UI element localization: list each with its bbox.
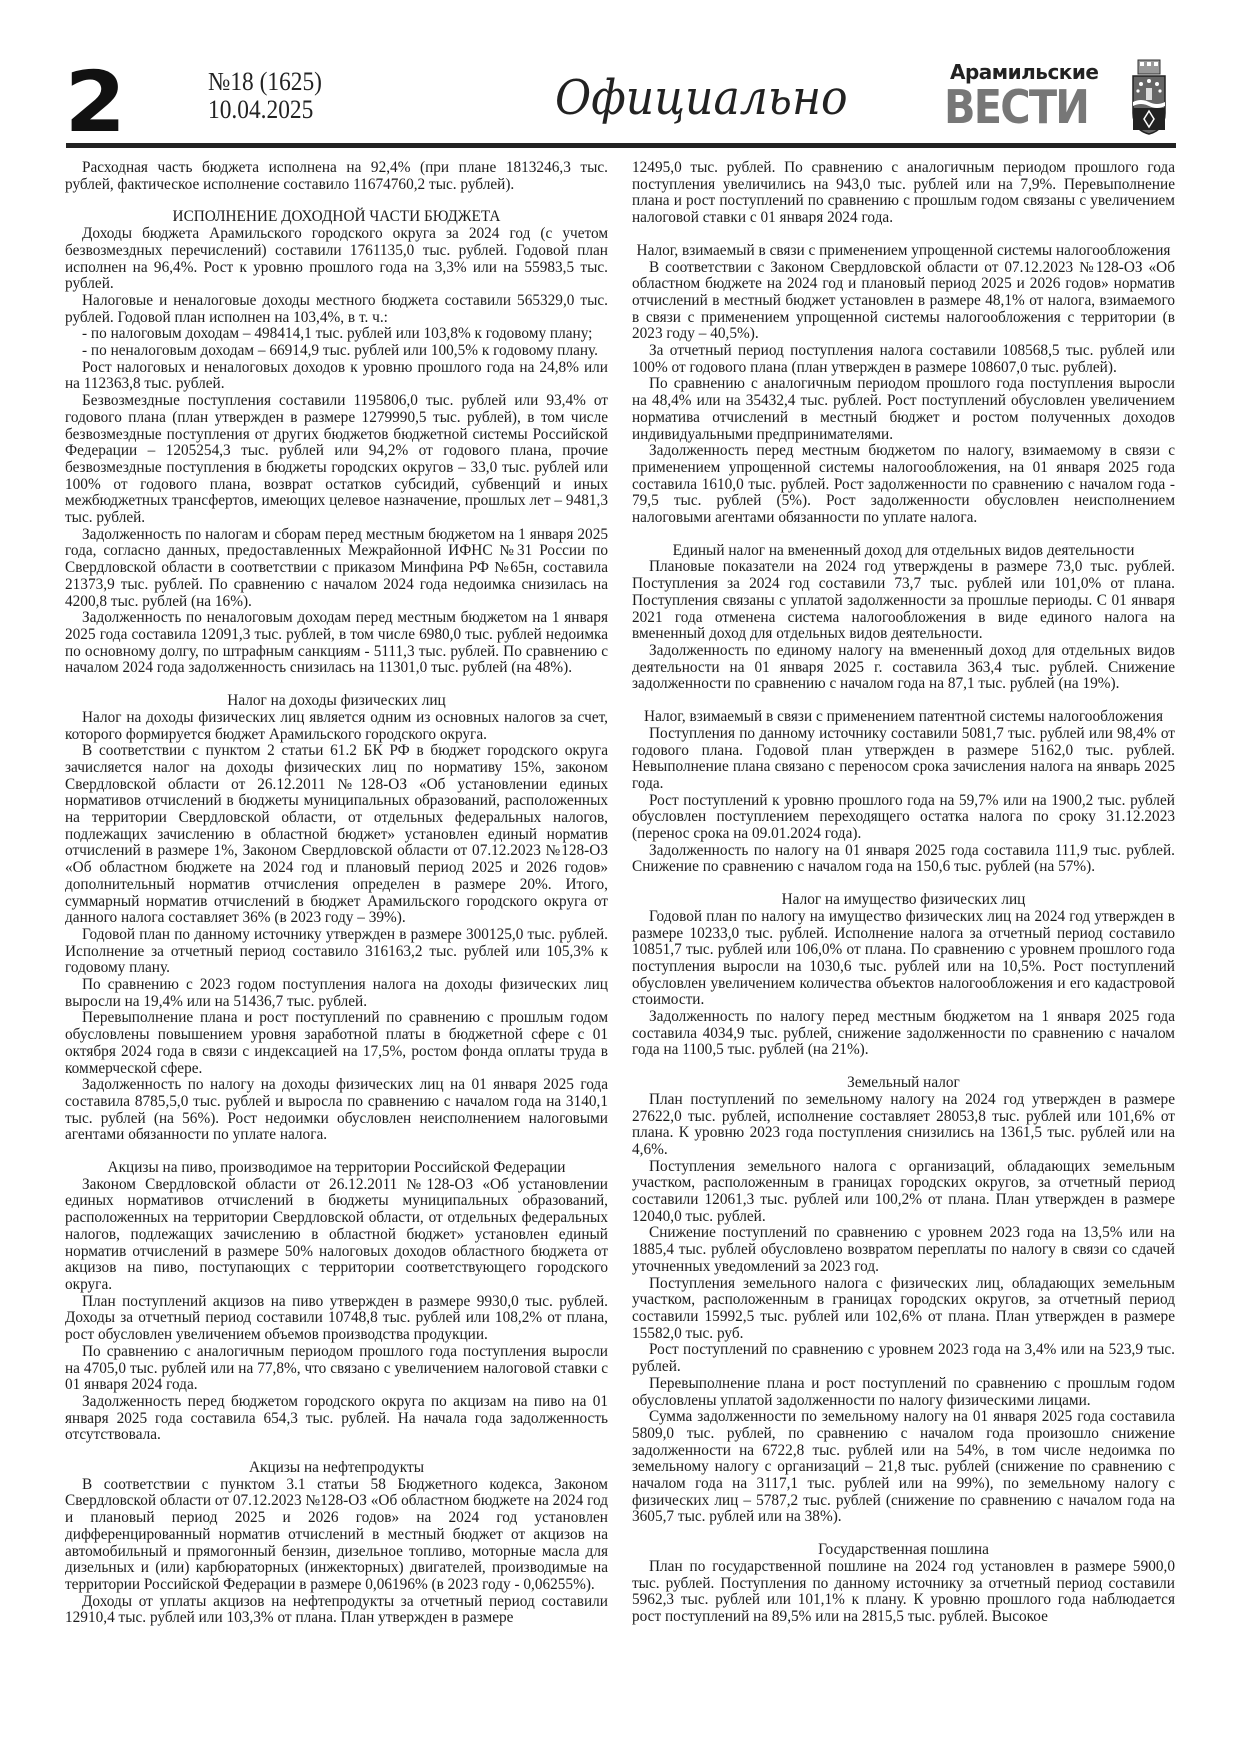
paragraph: Безвозмездные поступления составили 1195… xyxy=(65,393,608,527)
paragraph: Рост поступлений по сравнению с уровнем … xyxy=(632,1342,1175,1375)
newspaper-logo: Арамильские ВЕСТИ xyxy=(940,58,1110,138)
section-heading: Акцизы на нефтепродукты xyxy=(65,1460,608,1477)
header-divider xyxy=(66,143,1176,148)
paragraph: Поступления по данному источнику состави… xyxy=(632,726,1175,793)
section-heading: Налог на имущество физических лиц xyxy=(632,892,1175,909)
paragraph: В соответствии с пунктом 2 статьи 61.2 Б… xyxy=(65,743,608,927)
paragraph: Задолженность по налогу на 01 января 202… xyxy=(632,843,1175,876)
issue-date: 10.04.2025 xyxy=(208,96,322,124)
logo-big-text: ВЕСТИ xyxy=(944,80,1088,134)
section-heading: Налог на доходы физических лиц xyxy=(65,693,608,710)
paragraph: Задолженность по неналоговым доходам пер… xyxy=(65,610,608,677)
section-title: Официально xyxy=(555,68,848,128)
paragraph: Задолженность по налогам и сборам перед … xyxy=(65,527,608,611)
paragraph: Рост налоговых и неналоговых доходов к у… xyxy=(65,360,608,393)
paragraph: Расходная часть бюджета исполнена на 92,… xyxy=(65,160,608,193)
paragraph: По сравнению с 2023 годом поступления на… xyxy=(65,977,608,1010)
paragraph: Законом Свердловской области от 26.12.20… xyxy=(65,1177,608,1294)
paragraph: Задолженность по налогу перед местным бю… xyxy=(632,1009,1175,1059)
paragraph: Поступления земельного налога с организа… xyxy=(632,1159,1175,1226)
section-heading: Налог, взимаемый в связи с применением п… xyxy=(632,709,1175,726)
paragraph: Снижение поступлений по сравнению с уров… xyxy=(632,1225,1175,1275)
paragraph: Годовой план по налогу на имущество физи… xyxy=(632,909,1175,1009)
paragraph: План поступлений акцизов на пиво утвержд… xyxy=(65,1294,608,1344)
section-heading: Земельный налог xyxy=(632,1075,1175,1092)
page-number: 2 xyxy=(65,60,124,144)
paragraph: Рост поступлений к уровню прошлого года … xyxy=(632,793,1175,843)
article-column-right: 12495,0 тыс. рублей. По сравнению с анал… xyxy=(632,160,1175,1626)
paragraph: Задолженность по единому налогу на вмене… xyxy=(632,643,1175,693)
paragraph: План поступлений по земельному налогу на… xyxy=(632,1092,1175,1159)
paragraph: По сравнению с аналогичным периодом прош… xyxy=(65,1344,608,1394)
paragraph: В соответствии с Законом Свердловской об… xyxy=(632,260,1175,344)
article-column-left: Расходная часть бюджета исполнена на 92,… xyxy=(65,160,608,1627)
paragraph: 12495,0 тыс. рублей. По сравнению с анал… xyxy=(632,160,1175,227)
paragraph: План по государственной пошлине на 2024 … xyxy=(632,1559,1175,1626)
city-coat-of-arms-icon xyxy=(1130,58,1168,136)
paragraph: Доходы бюджета Арамильского городского о… xyxy=(65,226,608,293)
section-heading: Акцизы на пиво, производимое на территор… xyxy=(65,1160,608,1177)
paragraph: - по налоговым доходам – 498414,1 тыс. р… xyxy=(65,326,608,343)
paragraph: Задолженность по налогу на доходы физиче… xyxy=(65,1077,608,1144)
paragraph: Перевыполнение плана и рост поступлений … xyxy=(65,1010,608,1077)
issue-number: №18 (1625) xyxy=(208,68,322,96)
paragraph: За отчетный период поступления налога со… xyxy=(632,343,1175,376)
paragraph: Задолженность перед бюджетом городского … xyxy=(65,1394,608,1444)
section-heading: Налог, взимаемый в связи с применением у… xyxy=(632,243,1175,260)
paragraph: Плановые показатели на 2024 год утвержде… xyxy=(632,559,1175,643)
section-heading: ИСПОЛНЕНИЕ ДОХОДНОЙ ЧАСТИ БЮДЖЕТА xyxy=(65,209,608,226)
paragraph: Задолженность перед местным бюджетом по … xyxy=(632,443,1175,527)
paragraph: В соответствии с пунктом 3.1 статьи 58 Б… xyxy=(65,1477,608,1594)
paragraph: Налоговые и неналоговые доходы местного … xyxy=(65,293,608,326)
paragraph: - по неналоговым доходам – 66914,9 тыс. … xyxy=(65,343,608,360)
paragraph: Поступления земельного налога с физическ… xyxy=(632,1276,1175,1343)
page-header: 2 №18 (1625) 10.04.2025 Официально Арами… xyxy=(0,0,1241,150)
issue-info: №18 (1625) 10.04.2025 xyxy=(208,68,335,124)
paragraph: Сумма задолженности по земельному налогу… xyxy=(632,1409,1175,1526)
paragraph: Налог на доходы физических лиц является … xyxy=(65,710,608,743)
section-heading: Государственная пошлина xyxy=(632,1542,1175,1559)
paragraph: Годовой план по данному источнику утверж… xyxy=(65,927,608,977)
paragraph: Доходы от уплаты акцизов на нефтепродукт… xyxy=(65,1594,608,1627)
section-heading: Единый налог на вмененный доход для отде… xyxy=(632,543,1175,560)
paragraph: По сравнению с аналогичным периодом прош… xyxy=(632,376,1175,443)
paragraph: Перевыполнение плана и рост поступлений … xyxy=(632,1376,1175,1409)
